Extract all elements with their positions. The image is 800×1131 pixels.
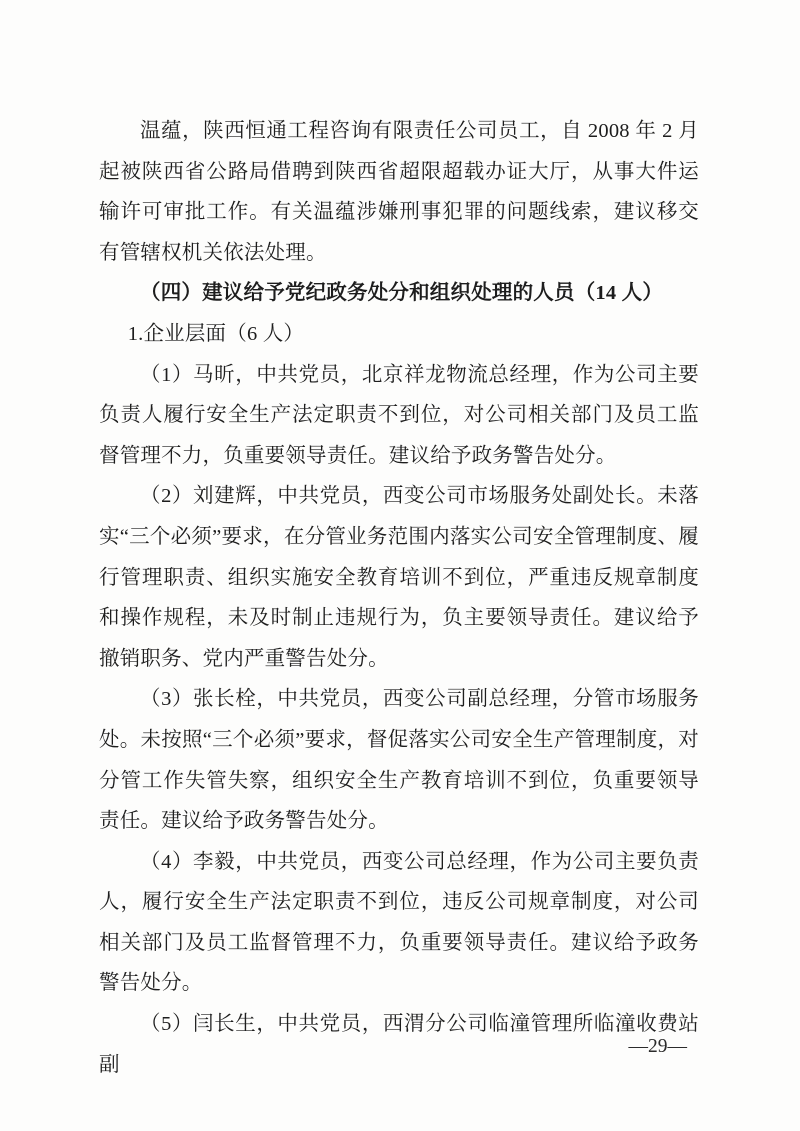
section-heading-four: （四）建议给予党纪政务处分和组织处理的人员（14 人） <box>99 273 699 314</box>
paragraph-wenyun: 温蕴，陕西恒通工程咨询有限责任公司员工，自 2008 年 2 月起被陕西省公路局… <box>99 111 699 273</box>
paragraph-item-1-maxin: （1）马昕，中共党员，北京祥龙物流总经理，作为公司主要负责人履行安全生产法定职责… <box>99 355 699 477</box>
paragraph-item-4-liyi: （4）李毅，中共党员，西变公司总经理，作为公司主要负责人，履行安全生产法定职责不… <box>99 842 699 1004</box>
document-body: 温蕴，陕西恒通工程咨询有限责任公司员工，自 2008 年 2 月起被陕西省公路局… <box>99 111 699 1085</box>
paragraph-item-3-zhangchangshuan: （3）张长栓，中共党员，西变公司副总经理，分管市场服务处。未按照“三个必须”要求… <box>99 679 699 841</box>
subsection-heading-enterprise: 1.企业层面（6 人） <box>99 314 699 355</box>
document-page: 温蕴，陕西恒通工程咨询有限责任公司员工，自 2008 年 2 月起被陕西省公路局… <box>0 0 800 1131</box>
paragraph-item-5-yanchangsheng: （5）闫长生，中共党员，西渭分公司临潼管理所临潼收费站副 <box>99 1004 699 1085</box>
paragraph-item-2-liujianhui: （2）刘建辉，中共党员，西变公司市场服务处副处长。未落实“三个必须”要求，在分管… <box>99 476 699 679</box>
page-number: —29— <box>629 1033 688 1061</box>
